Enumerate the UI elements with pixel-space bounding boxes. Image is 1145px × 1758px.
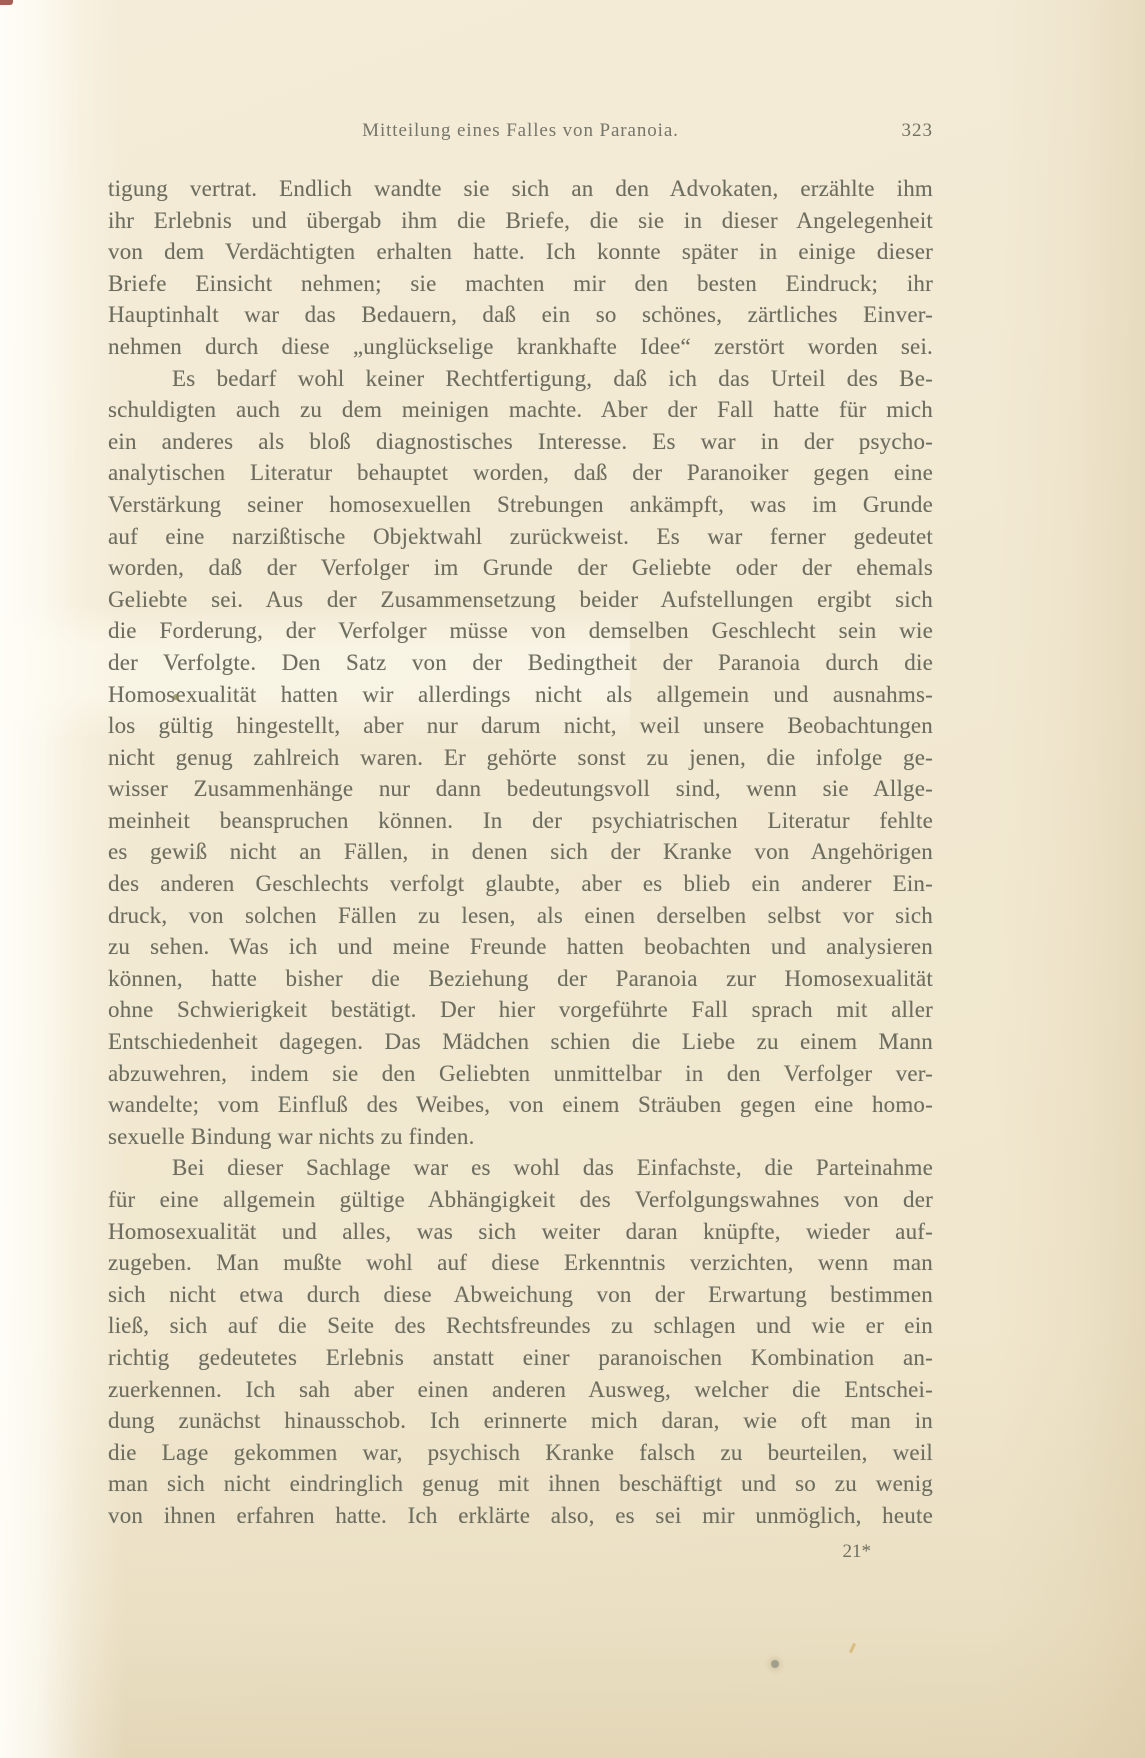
text-line: Homosexualität und alles, was sich weite…	[108, 1216, 933, 1248]
text-line: auf eine narzißtische Objektwahl zurückw…	[108, 521, 933, 553]
text-line: worden, daß der Verfolger im Grunde der …	[108, 552, 933, 584]
text-line: für eine allgemein gültige Abhängigkeit …	[108, 1184, 933, 1216]
text-line: abzuwehren, indem sie den Geliebten unmi…	[108, 1058, 933, 1090]
text-line: Homosexualität hatten wir allerdings nic…	[108, 679, 933, 711]
text-line: Bei dieser Sachlage war es wohl das Einf…	[108, 1152, 933, 1184]
signature-mark: 21*	[843, 1541, 872, 1562]
text-line: nehmen durch diese „unglückselige krankh…	[108, 331, 933, 363]
text-line: wandelte; vom Einfluß des Weibes, von ei…	[108, 1089, 933, 1121]
body-text: tigung vertrat. Endlich wandte sie sich …	[108, 173, 933, 1532]
text-line: analytischen Literatur behauptet worden,…	[108, 457, 933, 489]
text-line: die Forderung, der Verfolger müsse von d…	[108, 615, 933, 647]
text-line: schuldigten auch zu dem meinigen machte.…	[108, 394, 933, 426]
text-line: können, hatte bisher die Beziehung der P…	[108, 963, 933, 995]
text-line: druck, von solchen Fällen zu lesen, als …	[108, 900, 933, 932]
text-line: Es bedarf wohl keiner Rechtfertigung, da…	[108, 363, 933, 395]
text-line: dung zunächst hinausschob. Ich erinnerte…	[108, 1405, 933, 1437]
text-line: es gewiß nicht an Fällen, in denen sich …	[108, 836, 933, 868]
running-header-title: Mitteilung eines Falles von Paranoia.	[362, 120, 679, 141]
text-line: sexuelle Bindung war nichts zu finden.	[108, 1121, 933, 1153]
text-line: Verstärkung seiner homosexuellen Strebun…	[108, 489, 933, 521]
text-line: Geliebte sei. Aus der Zusammensetzung be…	[108, 584, 933, 616]
text-line: der Verfolgte. Den Satz von der Bedingth…	[108, 647, 933, 679]
text-line: zu sehen. Was ich und meine Freunde hatt…	[108, 931, 933, 963]
page-number: 323	[902, 121, 934, 141]
text-line: sich nicht etwa durch diese Abweichung v…	[108, 1279, 933, 1311]
text-line: ohne Schwierigkeit bestätigt. Der hier v…	[108, 994, 933, 1026]
paper-scratch	[849, 1643, 856, 1653]
text-line: Briefe Einsicht nehmen; sie machten mir …	[108, 268, 933, 300]
paper-speck-gray	[771, 1660, 779, 1668]
text-line: wisser Zusammenhänge nur dann bedeutungs…	[108, 773, 933, 805]
running-header: Mitteilung eines Falles von Paranoia. 32…	[108, 121, 933, 145]
red-edge-mark	[0, 0, 13, 5]
text-line: ein anderes als bloß diagnostisches Inte…	[108, 426, 933, 458]
text-line: ließ, sich auf die Seite des Rechtsfreun…	[108, 1310, 933, 1342]
text-line: zuerkennen. Ich sah aber einen anderen A…	[108, 1374, 933, 1406]
text-line: Hauptinhalt war das Bedauern, daß ein so…	[108, 299, 933, 331]
book-page: Mitteilung eines Falles von Paranoia. 32…	[0, 0, 1145, 1758]
text-line: nicht genug zahlreich waren. Er gehörte …	[108, 742, 933, 774]
text-line: die Lage gekommen war, psychisch Kranke …	[108, 1437, 933, 1469]
text-line: tigung vertrat. Endlich wandte sie sich …	[108, 173, 933, 205]
text-line: man sich nicht eindringlich genug mit ih…	[108, 1468, 933, 1500]
text-line: des anderen Geschlechts verfolgt glaubte…	[108, 868, 933, 900]
text-line: zugeben. Man mußte wohl auf diese Erkenn…	[108, 1247, 933, 1279]
text-line: von ihnen erfahren hatte. Ich erklärte a…	[108, 1500, 933, 1532]
text-line: von dem Verdächtigten erhalten hatte. Ic…	[108, 236, 933, 268]
text-line: los gültig hingestellt, aber nur darum n…	[108, 710, 933, 742]
text-line: meinheit beanspruchen können. In der psy…	[108, 805, 933, 837]
text-line: Entschiedenheit dagegen. Das Mädchen sch…	[108, 1026, 933, 1058]
signature-mark-line: 21*	[108, 1541, 871, 1563]
text-line: ihr Erlebnis und übergab ihm die Briefe,…	[108, 205, 933, 237]
paper-speck-olive	[173, 694, 179, 700]
text-line: richtig gedeutetes Erlebnis anstatt eine…	[108, 1342, 933, 1374]
